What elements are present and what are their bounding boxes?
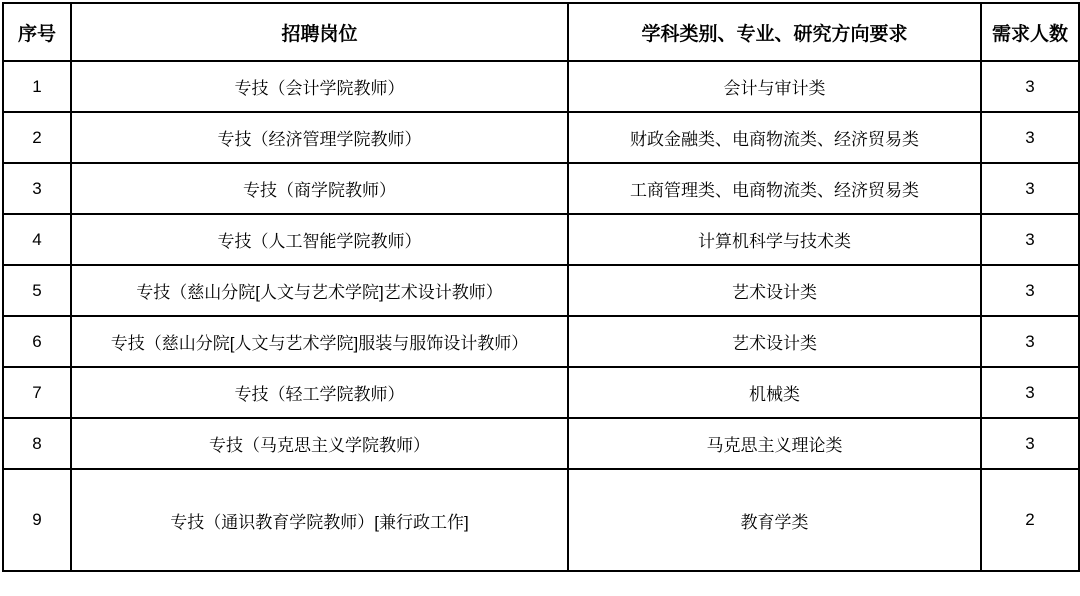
cell-requirement: 会计与审计类 xyxy=(568,61,981,112)
header-cell-position: 招聘岗位 xyxy=(71,3,568,61)
cell-position: 专技（通识教育学院教师）[兼行政工作] xyxy=(71,469,568,571)
cell-count: 3 xyxy=(981,418,1079,469)
table-row: 8 专技（马克思主义学院教师） 马克思主义理论类 3 xyxy=(3,418,1079,469)
cell-count: 3 xyxy=(981,214,1079,265)
cell-requirement: 马克思主义理论类 xyxy=(568,418,981,469)
cell-requirement: 艺术设计类 xyxy=(568,316,981,367)
cell-count: 3 xyxy=(981,112,1079,163)
table-row: 7 专技（轻工学院教师） 机械类 3 xyxy=(3,367,1079,418)
header-cell-count: 需求人数 xyxy=(981,3,1079,61)
header-row: 序号 招聘岗位 学科类别、专业、研究方向要求 需求人数 xyxy=(3,3,1079,61)
cell-position: 专技（慈山分院[人文与艺术学院]服装与服饰设计教师） xyxy=(71,316,568,367)
table-row: 1 专技（会计学院教师） 会计与审计类 3 xyxy=(3,61,1079,112)
cell-count: 3 xyxy=(981,265,1079,316)
cell-requirement: 计算机科学与技术类 xyxy=(568,214,981,265)
cell-position: 专技（会计学院教师） xyxy=(71,61,568,112)
cell-requirement: 艺术设计类 xyxy=(568,265,981,316)
recruitment-positions-table: 序号 招聘岗位 学科类别、专业、研究方向要求 需求人数 1 专技（会计学院教师）… xyxy=(2,2,1080,572)
cell-no: 3 xyxy=(3,163,71,214)
cell-no: 8 xyxy=(3,418,71,469)
table-row: 5 专技（慈山分院[人文与艺术学院]艺术设计教师） 艺术设计类 3 xyxy=(3,265,1079,316)
header-cell-no: 序号 xyxy=(3,3,71,61)
table-row: 6 专技（慈山分院[人文与艺术学院]服装与服饰设计教师） 艺术设计类 3 xyxy=(3,316,1079,367)
cell-position: 专技（经济管理学院教师） xyxy=(71,112,568,163)
cell-requirement: 机械类 xyxy=(568,367,981,418)
cell-requirement: 工商管理类、电商物流类、经济贸易类 xyxy=(568,163,981,214)
table-row: 3 专技（商学院教师） 工商管理类、电商物流类、经济贸易类 3 xyxy=(3,163,1079,214)
table-row: 2 专技（经济管理学院教师） 财政金融类、电商物流类、经济贸易类 3 xyxy=(3,112,1079,163)
cell-position: 专技（马克思主义学院教师） xyxy=(71,418,568,469)
cell-count: 3 xyxy=(981,163,1079,214)
cell-no: 6 xyxy=(3,316,71,367)
cell-no: 7 xyxy=(3,367,71,418)
cell-count: 2 xyxy=(981,469,1079,571)
cell-count: 3 xyxy=(981,316,1079,367)
cell-no: 4 xyxy=(3,214,71,265)
cell-position: 专技（慈山分院[人文与艺术学院]艺术设计教师） xyxy=(71,265,568,316)
cell-count: 3 xyxy=(981,61,1079,112)
cell-count: 3 xyxy=(981,367,1079,418)
header-cell-requirement: 学科类别、专业、研究方向要求 xyxy=(568,3,981,61)
cell-no: 2 xyxy=(3,112,71,163)
cell-no: 1 xyxy=(3,61,71,112)
cell-position: 专技（人工智能学院教师） xyxy=(71,214,568,265)
table-row: 9 专技（通识教育学院教师）[兼行政工作] 教育学类 2 xyxy=(3,469,1079,571)
table-row: 4 专技（人工智能学院教师） 计算机科学与技术类 3 xyxy=(3,214,1079,265)
cell-position: 专技（商学院教师） xyxy=(71,163,568,214)
cell-no: 5 xyxy=(3,265,71,316)
cell-position: 专技（轻工学院教师） xyxy=(71,367,568,418)
cell-requirement: 教育学类 xyxy=(568,469,981,571)
cell-requirement: 财政金融类、电商物流类、经济贸易类 xyxy=(568,112,981,163)
cell-no: 9 xyxy=(3,469,71,571)
